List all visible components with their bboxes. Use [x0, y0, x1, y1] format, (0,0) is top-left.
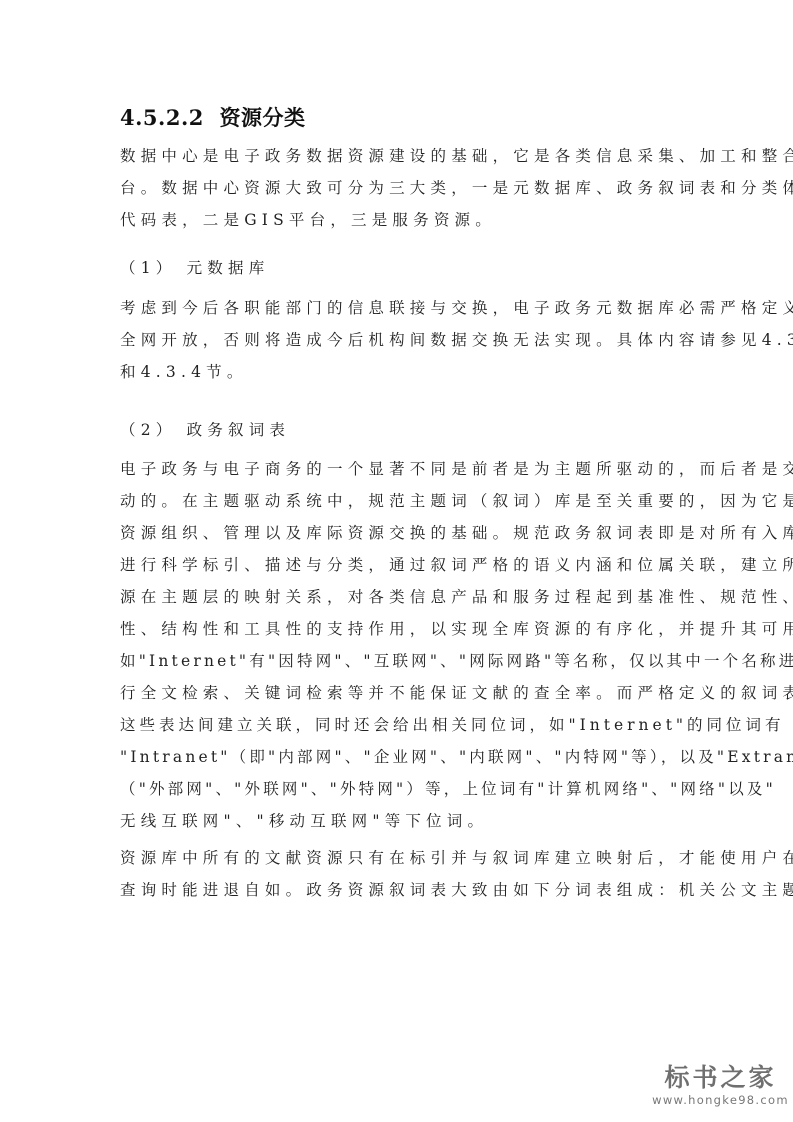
- section-heading: 4.5.2.2 资源分类: [120, 102, 306, 132]
- subheading-metadata-db: （1） 元数据库: [120, 258, 269, 278]
- paragraph-line: 台。数据中心资源大致可分为三大类，一是元数据库、政务叙词表和分类体系与: [120, 178, 793, 198]
- paragraph-line: 这些表达间建立关联，同时还会给出相关同位词，如"Internet"的同位词有: [120, 715, 785, 735]
- paragraph-line: 和4.3.4节。: [120, 362, 248, 382]
- watermark-title: 标书之家: [648, 1063, 793, 1093]
- paragraph-line: 进行科学标引、描述与分类，通过叙词严格的语义内涵和位属关联，建立所有资: [120, 555, 793, 575]
- watermark-url: www.hongke98.com: [648, 1093, 793, 1107]
- paragraph-line: 资源库中所有的文献资源只有在标引并与叙词库建立映射后，才能使用户在主题: [120, 848, 793, 868]
- paragraph-line: 资源组织、管理以及库际资源交换的基础。规范政务叙词表即是对所有入库资源: [120, 523, 793, 543]
- paragraph-line: 动的。在主题驱动系统中，规范主题词（叙词）库是至关重要的，因为它是库内: [120, 491, 793, 511]
- paragraph-line: 考虑到今后各职能部门的信息联接与交换，电子政务元数据库必需严格定义并向: [120, 298, 793, 318]
- paragraph-line: "Intranet"（即"内部网"、"企业网"、"内联网"、"内特网"等），以及…: [120, 747, 793, 767]
- paragraph-line: 源在主题层的映射关系，对各类信息产品和服务过程起到基准性、规范性、参照: [120, 587, 793, 607]
- paragraph-line: 如"Internet"有"因特网"、"互联网"、"网际网路"等名称，仅以其中一个…: [120, 651, 793, 671]
- paragraph-line: 行全文检索、关键词检索等并不能保证文献的查全率。而严格定义的叙词表会在: [120, 683, 793, 703]
- watermark-logo: 标书之家 www.hongke98.com: [648, 1063, 793, 1107]
- paragraph-line: （"外部网"、"外联网"、"外特网"）等，上位词有"计算机网络"、"网络"以及": [120, 779, 776, 799]
- paragraph-line: 性、结构性和工具性的支持作用，以实现全库资源的有序化，并提升其可用性。: [120, 619, 793, 639]
- subheading-thesaurus: （2） 政务叙词表: [120, 420, 290, 440]
- paragraph-line: 全网开放，否则将造成今后机构间数据交换无法实现。具体内容请参见4.3.3: [120, 330, 793, 350]
- paragraph-line: 查询时能进退自如。政务资源叙词表大致由如下分词表组成：机关公文主题词表、: [120, 880, 793, 900]
- paragraph-line: 数据中心是电子政务数据资源建设的基础，它是各类信息采集、加工和整合的平: [120, 146, 793, 166]
- section-number: 4.5.2.2: [120, 105, 204, 130]
- paragraph-line: 电子政务与电子商务的一个显著不同是前者是为主题所驱动的，而后者是交易驱: [120, 459, 793, 479]
- paragraph-line: 无线互联网"、"移动互联网"等下位词。: [120, 811, 488, 831]
- document-page: 4.5.2.2 资源分类 数据中心是电子政务数据资源建设的基础，它是各类信息采集…: [0, 0, 793, 1122]
- section-title: 资源分类: [220, 105, 306, 130]
- paragraph-line: 代码表，二是GIS平台，三是服务资源。: [120, 210, 496, 230]
